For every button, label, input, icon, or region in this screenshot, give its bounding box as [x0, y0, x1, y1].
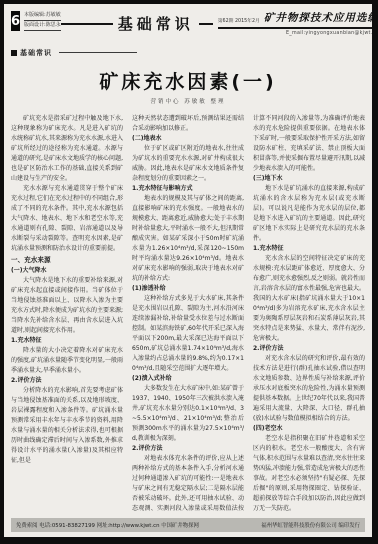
- article-paragraph: 这种天然状态遭到破坏后,预测结果还需结合采动影响加以修正。: [132, 114, 244, 134]
- article-paragraph: 分析降水的充水影响,首先要考虑矿体与当地侵蚀基准面的关系,以及地形坡度、岩层裸露…: [11, 386, 123, 466]
- article-heading: 2.评价方法: [11, 376, 123, 386]
- article-heading: (一)大气降水: [11, 266, 123, 276]
- newspaper-page: 6 本版编辑:苏敏敏 版面设计:陈思永 基础常识 第62期 2015年2月 矿井…: [4, 4, 372, 537]
- article-paragraph: 地表水的规模及其与矿体之间的距离,直接影响矿床的充水强度。一般地表水的规模愈大、…: [132, 194, 244, 284]
- article-heading: (2)溃入式补给: [132, 374, 244, 384]
- page-number: 6: [11, 11, 20, 31]
- article-paragraph: 大多数发生在大水矿床中,如:某矿曾于1937、1940、1950年三次被洪水溃入…: [132, 384, 244, 444]
- designer-credit: 版面设计:陈思永: [24, 21, 61, 31]
- footer-publisher: 福州华虹智能科技股份有限公司 编印发行: [261, 521, 360, 529]
- article-paragraph: 对地表水体充水条件的评价,应从上述两种补给方式的基本条件入手,分析河水通过何种通…: [132, 454, 244, 514]
- article-heading: 1.充水特征与影响方式: [132, 184, 244, 194]
- column-label-rule: [59, 52, 137, 53]
- article-heading: (二)地表水: [132, 134, 244, 144]
- article-paragraph: 地下水是矿坑涌水的直接来源,构成矿坑涌水的含水层称为充水层(或充水断层)。可以说…: [253, 184, 365, 244]
- article-byline: 营销中心 苏敏敏 整理: [11, 97, 365, 105]
- article-heading: (三)地下水: [253, 174, 365, 184]
- article-paragraph: 充水含水层的空间特征决定矿床的充水规模:充水层距矿体愈近、厚度愈大、分布愈广,则…: [253, 254, 365, 344]
- article-heading: 1.充水特征: [253, 244, 365, 254]
- article-paragraph: 降水量的大小决定着降水对矿床充水的强度,矿坑涌水量随季节变化明显,一般雨季涌水量…: [11, 346, 123, 376]
- column-label-row: 基础常识: [11, 48, 365, 57]
- article-body: 矿坑充水是指采矿过程中触及地下水,这种现象称为矿床充水。凡是进入矿坑的水统称矿坑…: [11, 114, 365, 514]
- article-column: 计算不同河段的入渗量等,为准确评价地表水的充水危险提供重要依据。在地表水体下采矿…: [253, 114, 365, 514]
- masthead-rule: [218, 27, 372, 29]
- footer-contact: 免费索阅 电话:0591-83827199 网址:http://www.kjwt…: [16, 521, 199, 529]
- publication-name: 矿井物探技术应用选编: [264, 10, 372, 25]
- masthead: 6 本版编辑:苏敏敏 版面设计:陈思永 基础常识 第62期 2015年2月 矿井…: [11, 9, 365, 43]
- issue-row: 第62期 2015年2月 矿井物探技术应用选编: [218, 10, 372, 25]
- editor-credit: 本版编辑:苏敏敏: [24, 11, 61, 21]
- article-heading: 一、充水来源: [11, 255, 123, 266]
- issue-info: 第62期 2015年2月: [218, 17, 260, 24]
- article-paragraph: 计算不同河段的入渗量等,为准确评价地表水的充水危险提供重要依据。在地表水体下采矿…: [253, 114, 365, 174]
- article-paragraph: 位于矿区或矿区附近的地表水,往往成为矿坑水的重要充水水源,对矿井构成很大威胁。因…: [132, 144, 244, 184]
- credits-block: 本版编辑:苏敏敏 版面设计:陈思永: [24, 11, 61, 31]
- section-header: 基础常识: [61, 13, 213, 34]
- header-rule-left: [61, 23, 113, 25]
- column-label: 基础常识: [20, 48, 52, 58]
- scan-frame: 6 本版编辑:苏敏敏 版面设计:陈思永 基础常识 第62期 2015年2月 矿井…: [0, 0, 378, 544]
- article-paragraph: 对充水含水层的研究和评价,最有效的技术方法是进行(群)孔抽水试验,借以查明水文地…: [253, 354, 365, 424]
- masthead-right: 第62期 2015年2月 矿井物探技术应用选编 E_mail:yingyongx…: [218, 10, 372, 36]
- article-heading: 2.评价方法: [253, 344, 365, 354]
- article-column: 这种天然状态遭到破坏后,预测结果还需结合采动影响加以修正。(二)地表水位于矿区或…: [132, 114, 244, 514]
- email-address: E_mail:yingyongxuanbian@kjwt.cn: [218, 31, 372, 36]
- article-title: 矿床充水因素(一): [11, 67, 365, 94]
- article-paragraph: 大气降水是地下水的重要补给来源,对矿床充水起直接或间接作用。当矿体位于当地侵蚀基…: [11, 276, 123, 336]
- section-title: 基础常识: [118, 13, 194, 34]
- footer-bar: 免费索阅 电话:0591-83827199 网址:http://www.kjwt…: [11, 518, 365, 532]
- article-column: 矿坑充水是指采矿过程中触及地下水,这种现象称为矿床充水。凡是进入矿坑的水统称矿坑…: [11, 114, 123, 514]
- article-heading: (1)渗透补给: [132, 284, 244, 294]
- article-paragraph: 矿坑充水是指采矿过程中触及地下水,这种现象称为矿床充水。凡是进入矿坑的水统称矿坑…: [11, 114, 123, 184]
- square-bullet-icon: [11, 50, 17, 56]
- article-paragraph: 充水水源与充水通道贯穿于整个矿床充水过程,它们在充水过程中的不同组合,形成了不同…: [11, 184, 123, 254]
- article-heading: 1.充水特征: [11, 336, 123, 346]
- article-paragraph: 老空水是指积聚在旧矿井巷道和采空区内的积水。老空水一般酸度大、含有害气体,积水范…: [253, 434, 365, 514]
- article-paragraph: 这种补给方式多见于大水矿床,其条件是充水围岩以孔隙、裂隙为主,河水沿河床连续渗漏…: [132, 294, 244, 374]
- header-rule-right: [199, 23, 213, 25]
- article-heading: (四)老空水: [253, 424, 365, 434]
- article-heading: 2.评价方法: [132, 444, 244, 454]
